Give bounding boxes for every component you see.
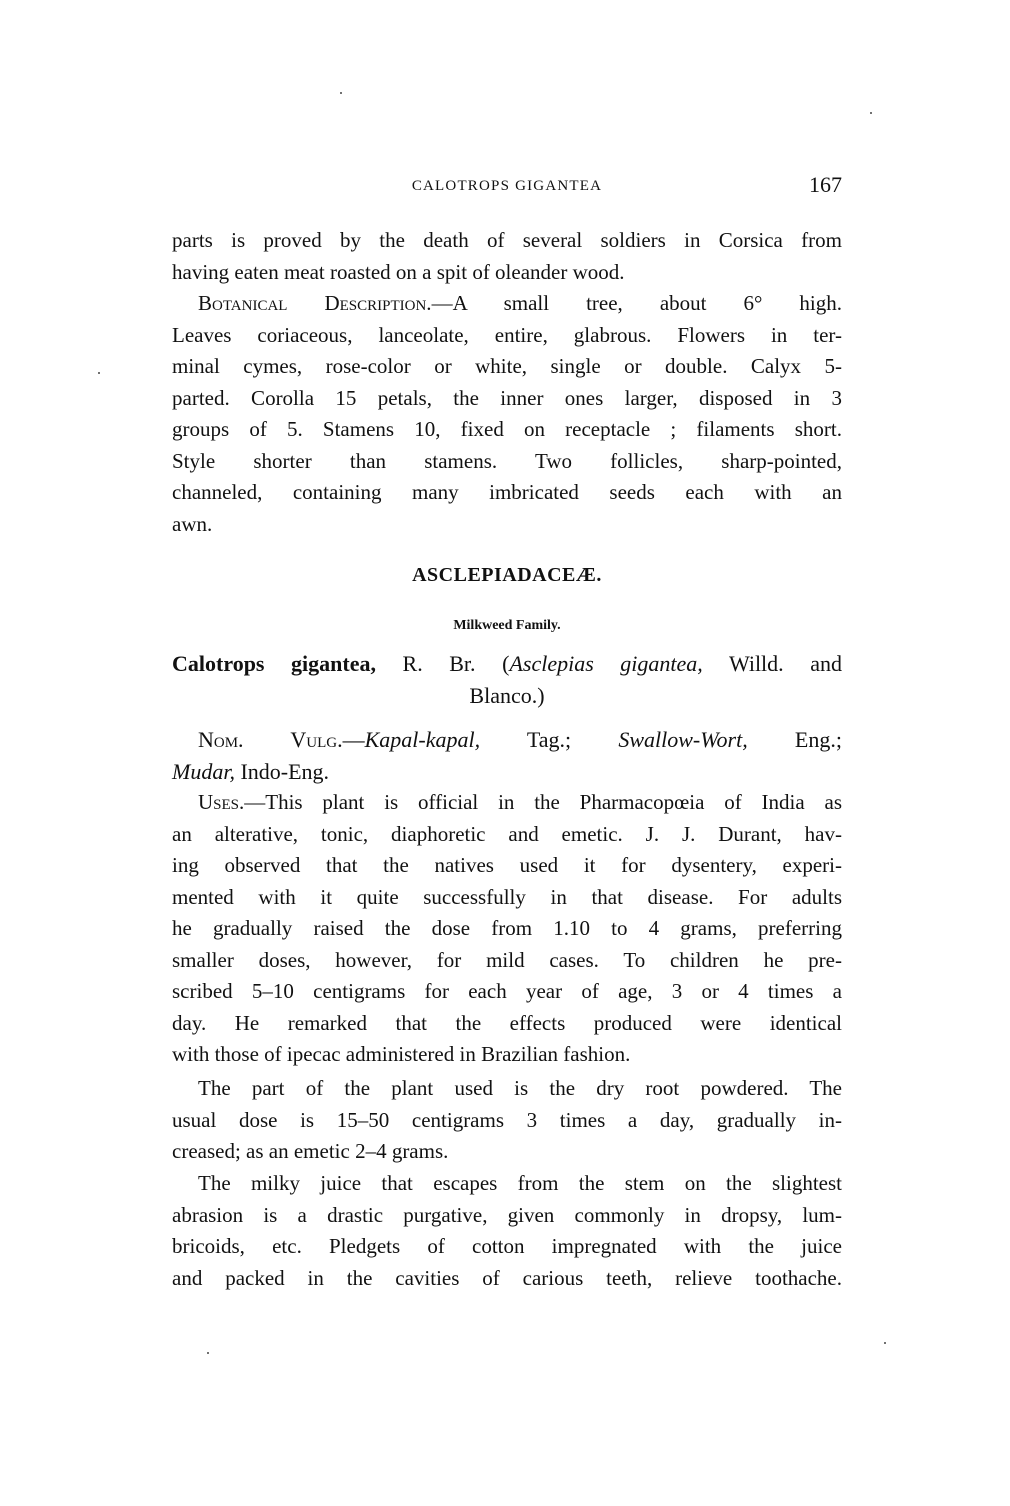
language-label: Indo-Eng.	[235, 759, 329, 784]
text-line: he gradually raised the dose from 1.10 t…	[172, 913, 842, 945]
text-line: The part of the plant used is the dry ro…	[172, 1073, 842, 1105]
language-label: Eng.;	[748, 727, 842, 752]
uses-paragraph: Uses.—This plant is official in the Phar…	[172, 787, 842, 1071]
text-line: scribed 5–10 centigrams for each year of…	[172, 976, 842, 1008]
text-run: A small tree, about 6° high.	[453, 291, 842, 315]
text-line: day. He remarked that the effects produc…	[172, 1008, 842, 1040]
book-page: CALOTROPS GIGANTEA 167 parts is proved b…	[0, 0, 1010, 1506]
text-line: Leaves coriaceous, lanceolate, entire, g…	[172, 320, 842, 352]
language-label: Tag.;	[480, 727, 618, 752]
text-line: creased; as an emetic 2–4 grams.	[172, 1136, 842, 1168]
text-line: smaller doses, however, for mild cases. …	[172, 945, 842, 977]
em-dash: —	[244, 790, 265, 814]
part-used-paragraph: The part of the plant used is the dry ro…	[172, 1073, 842, 1168]
text-line: and packed in the cavities of carious te…	[172, 1263, 842, 1295]
vernacular-name: Mudar,	[172, 759, 235, 784]
text-line: channeled, containing many imbricated se…	[172, 477, 842, 509]
text-line: parted. Corolla 15 petals, the inner one…	[172, 383, 842, 415]
species-synonym: Asclepias gigantea,	[509, 651, 702, 676]
text-line: parts is proved by the death of several …	[172, 225, 842, 257]
text-line: an alterative, tonic, diaphoretic and em…	[172, 819, 842, 851]
running-title: CALOTROPS GIGANTEA	[172, 178, 842, 195]
scan-speck	[207, 1352, 209, 1354]
milky-juice-paragraph: The milky juice that escapes from the st…	[172, 1168, 842, 1294]
family-common-name: Milkweed Family.	[172, 618, 842, 634]
text-line: awn.	[172, 509, 842, 541]
text-line: The milky juice that escapes from the st…	[172, 1168, 842, 1200]
text-line: Blanco.)	[172, 680, 842, 712]
scan-speck	[340, 92, 342, 94]
vernacular-name: Kapal-kapal,	[365, 727, 481, 752]
vernacular-names-paragraph: Nom. Vulg.—Kapal-kapal, Tag.; Swallow-Wo…	[172, 724, 842, 787]
synonym-authority: Willd. and	[703, 651, 842, 676]
section-label: Nom. Vulg.	[198, 727, 343, 752]
text-line: usual dose is 15–50 centigrams 3 times a…	[172, 1105, 842, 1137]
text-run: This plant is official in the Pharmacopœ…	[265, 790, 842, 814]
species-authority: R. Br. (	[376, 651, 509, 676]
text-line: minal cymes, rose-color or white, single…	[172, 351, 842, 383]
em-dash: —	[343, 727, 365, 752]
scan-speck	[98, 372, 100, 374]
intro-paragraph: parts is proved by the death of several …	[172, 225, 842, 288]
text-line: Style shorter than stamens. Two follicle…	[172, 446, 842, 478]
text-line: having eaten meat roasted on a spit of o…	[172, 257, 842, 289]
family-heading: ASCLEPIADACEÆ.	[172, 564, 842, 587]
section-label: Botanical Description.	[198, 291, 432, 315]
scan-speck	[870, 112, 872, 114]
running-header: CALOTROPS GIGANTEA 167	[172, 172, 842, 202]
text-line: ing observed that the natives used it fo…	[172, 850, 842, 882]
section-label: Uses.	[198, 790, 244, 814]
scan-speck	[884, 1342, 886, 1344]
species-name: Calotrops gigantea,	[172, 651, 376, 676]
text-line: bricoids, etc. Pledgets of cotton impreg…	[172, 1231, 842, 1263]
vernacular-name: Swallow-Wort,	[618, 727, 747, 752]
text-line: with those of ipecac administered in Bra…	[172, 1039, 842, 1071]
text-line: abrasion is a drastic purgative, given c…	[172, 1200, 842, 1232]
text-line: groups of 5. Stamens 10, fixed on recept…	[172, 414, 842, 446]
botanical-description-paragraph: Botanical Description.—A small tree, abo…	[172, 288, 842, 540]
text-line: mented with it quite successfully in tha…	[172, 882, 842, 914]
page-number: 167	[809, 172, 842, 198]
species-heading: Calotrops gigantea, R. Br. (Asclepias gi…	[172, 648, 842, 711]
em-dash: —	[432, 291, 453, 315]
